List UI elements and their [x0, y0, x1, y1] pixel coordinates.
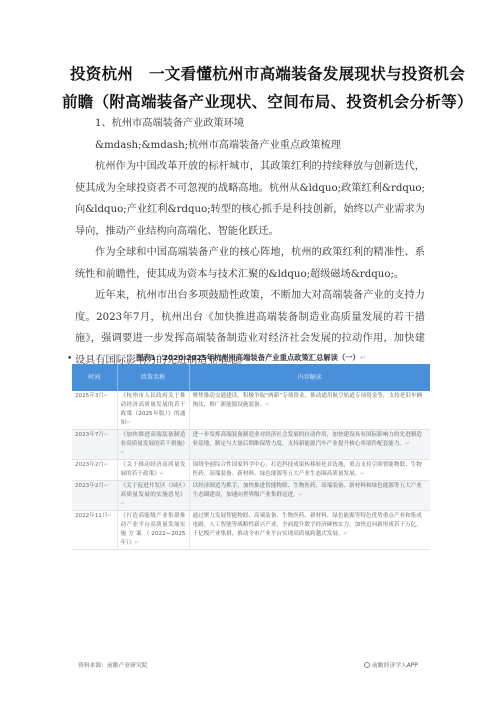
title-line-2: 前瞻（附高端装备产业现状、空间布局、投资机会分析等） [62, 88, 430, 116]
cell-content: 通过聚力发展智能物联、高端装备、生物医药、新材料、绿色能源等特色优势重点产业和集… [189, 511, 430, 550]
cell-content: 聚焦推动交通建设，积极争取“两新”专项资金，推动通用航空轨道专项资金等，支持老旧… [189, 391, 430, 430]
sub-heading: &mdash;&mdash;杭州市高端装备产业重点政策梳理 [75, 135, 425, 157]
figure-bullet: • [67, 354, 72, 364]
cell-policy-name: 《打造高能级产业集群推动产业平台高质量发展实施方案（2022—2025年）》↵ [117, 511, 189, 550]
return-mark: ↵ [360, 353, 366, 362]
cell-policy-name: 《加快推进高端装备制造业高质量发展的若干措施》↵ [117, 430, 189, 460]
table-row: 2025年3月↵ 《杭州市人民政府关于推动经济高质量发展的若干政策（2025年版… [72, 391, 430, 430]
table-row: 2023年2月↵ 《关于促进开发区（园区）高质量发展的实施意见》↵ 以经济制造为… [72, 481, 430, 511]
table-row: 2022年11月↵ 《打造高能级产业集群推动产业平台高质量发展实施方案（2022… [72, 511, 430, 550]
cell-policy-name: 《关于促进开发区（园区）高质量发展的实施意见》↵ [117, 481, 189, 511]
article-body: 1、杭州市高端装备产业政策环境 &mdash;&mdash;杭州市高端装备产业重… [75, 113, 425, 371]
figure-source: 资料来源：前瞻产业研究院 [78, 660, 148, 669]
cell-policy-name: 《关于推动经济高质量发展的若干政策》↵ [117, 460, 189, 481]
paragraph-2: 作为全球和中国高端装备产业的核心阵地，杭州的政策红利的精准性、系统性和前瞻性，使… [75, 242, 425, 285]
column-header-content: 内容解读 [189, 364, 430, 391]
policy-table: 时间 政策名称 内容解读 2025年3月↵ 《杭州市人民政府关于推动经济高质量发… [72, 364, 430, 550]
figure-title-text: 图表1：2020-2025年杭州市高端装备产业重点政策汇总解读（一） [136, 353, 360, 362]
cell-content: 围绕争创综合性国家科学中心，打造科技成果转移转化首选地，重点支持引领智能物联、生… [189, 460, 430, 481]
table-header-row: 时间 政策名称 内容解读 [72, 364, 430, 391]
brand-name: 前瞻经济学人APP [372, 660, 418, 669]
brand-logo-icon [364, 662, 370, 668]
column-header-date: 时间 [72, 364, 117, 391]
brand-watermark: 前瞻经济学人APP [364, 660, 418, 669]
cell-content: 以经济制造为抓手，加快推进智能物联、生物医药、高端装备、新材料和绿色能源等五大产… [189, 481, 430, 511]
cell-date: 2023年7月↵ [72, 430, 117, 460]
cell-content: 进一步发挥高端装备制造业对经济社会发展的拉动作用，加快建设具有国际影响力的先进制… [189, 430, 430, 460]
policy-figure: • 图表1：2020-2025年杭州市高端装备产业重点政策汇总解读（一）↵ 时间… [72, 352, 430, 550]
figure-title: 图表1：2020-2025年杭州市高端装备产业重点政策汇总解读（一）↵ [72, 352, 430, 364]
section-heading: 1、杭州市高端装备产业政策环境 [75, 113, 425, 135]
document-page: 投资杭州 一文看懂杭州市高端装备发展现状与投资机会 前瞻（附高端装备产业现状、空… [0, 0, 496, 701]
column-header-policy: 政策名称 [117, 364, 189, 391]
cell-date: 2022年11月↵ [72, 511, 117, 550]
table-row: 2023年7月↵ 《加快推进高端装备制造业高质量发展的若干措施》↵ 进一步发挥高… [72, 430, 430, 460]
cell-date: 2023年2月↵ [72, 481, 117, 511]
paragraph-1: 杭州作为中国改革开放的标杆城市，其政策红利的持续释放与创新迭代，使其成为全球投资… [75, 156, 425, 242]
cell-policy-name: 《杭州市人民政府关于推动经济高质量发展的若干政策（2025年版）》的通知↵ [117, 391, 189, 430]
cell-date: 2023年2月↵ [72, 460, 117, 481]
cell-date: 2025年3月↵ [72, 391, 117, 430]
page-title: 投资杭州 一文看懂杭州市高端装备发展现状与投资机会 前瞻（附高端装备产业现状、空… [70, 60, 430, 116]
table-row: 2023年2月↵ 《关于推动经济高质量发展的若干政策》↵ 围绕争创综合性国家科学… [72, 460, 430, 481]
title-line-1: 投资杭州 一文看懂杭州市高端装备发展现状与投资机会 [70, 60, 430, 88]
